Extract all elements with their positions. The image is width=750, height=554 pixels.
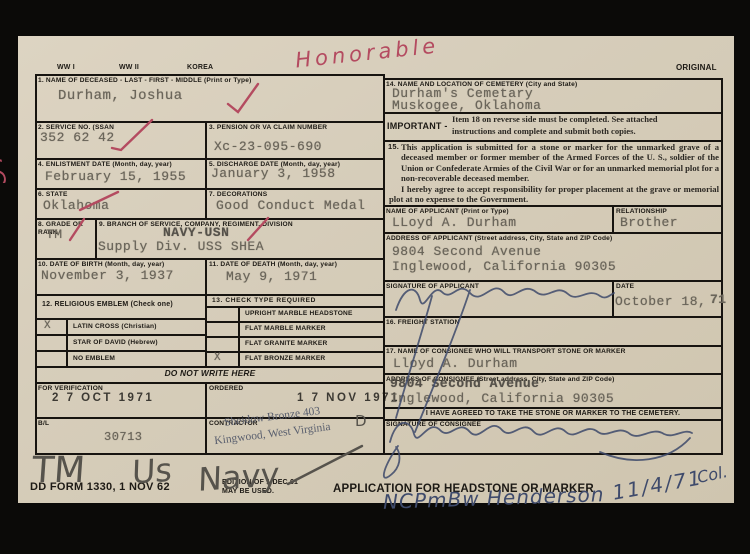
- applicant-address-label: ADDRESS OF APPLICANT (Street address, Ci…: [386, 235, 612, 243]
- important-label: IMPORTANT -: [387, 121, 448, 131]
- field13-option3-label: FLAT GRANITE MARKER: [245, 340, 327, 348]
- field2-value: 352 62 42: [40, 130, 115, 145]
- field14-value-line2: Muskogee, Oklahoma: [392, 98, 541, 113]
- field13-label: 13. CHECK TYPE REQUIRED: [212, 297, 380, 305]
- field15-number: 15.: [388, 143, 399, 152]
- applicant-signature-label: SIGNATURE OF APPLICANT: [386, 283, 479, 291]
- pencil-branch-navy-annotation: Navy: [197, 455, 280, 499]
- consignee-signature-label: SIGNATURE OF CONSIGNEE: [386, 421, 481, 429]
- consignee-address-line1: 9804 Second Avenue: [390, 376, 539, 391]
- field11-label: 11. DATE OF DEATH (Month, day, year): [209, 261, 337, 269]
- verification-date-stamp: 2 7 OCT 1971: [52, 392, 154, 404]
- field15-paragraph2: I hereby agree to accept responsibility …: [389, 184, 719, 205]
- field13-option4-label: FLAT BRONZE MARKER: [245, 355, 325, 363]
- field12-option2-label: STAR OF DAVID (Hebrew): [73, 339, 158, 347]
- field13-option1-label: UPRIGHT MARBLE HEADSTONE: [245, 310, 353, 318]
- field17-label: 17. NAME OF CONSIGNEE WHO WILL TRANSPORT…: [386, 348, 626, 356]
- field7-value: Good Conduct Medal: [216, 198, 365, 213]
- field16-label: 16. FREIGHT STATION: [386, 319, 460, 327]
- field13-option4-checkbox[interactable]: X: [214, 352, 221, 364]
- scanned-form: WW I WW II KOREA ORIGINAL 1. NAME OF DEC…: [0, 0, 750, 554]
- war-ww1-label: WW I: [57, 64, 75, 72]
- field4-value: February 15, 1955: [45, 169, 186, 184]
- field4-label: 4. ENLISTMENT DATE (Month, day, year): [38, 161, 172, 169]
- field13-option2-label: FLAT MARBLE MARKER: [245, 325, 326, 333]
- field12-option1-checkbox[interactable]: X: [44, 320, 51, 332]
- bl-label: B/L: [38, 420, 49, 428]
- field3-value: Xc-23-095-690: [214, 139, 322, 154]
- war-ww2-label: WW II: [119, 64, 139, 72]
- ordered-label: ORDERED: [209, 385, 243, 393]
- war-korea-label: KOREA: [187, 64, 213, 72]
- field12-option3-label: NO EMBLEM: [73, 355, 115, 363]
- pencil-d-annotation: D: [355, 412, 367, 430]
- field10-value: November 3, 1937: [41, 268, 174, 283]
- important-text-line1: Item 18 on reverse side must be complete…: [452, 114, 720, 124]
- field17-value: Lloyd A. Durham: [393, 356, 518, 371]
- field9-value2: Supply Div. USS SHEA: [98, 239, 264, 254]
- important-text-line2: instructions and complete and submit bot…: [452, 126, 720, 136]
- relationship-value: Brother: [620, 215, 678, 230]
- field12-option1-label: LATIN CROSS (Christian): [73, 323, 157, 331]
- field3-label: 3. PENSION OR VA CLAIM NUMBER: [209, 124, 327, 132]
- pencil-branch-us-annotation: Us: [131, 451, 172, 492]
- date-value: October 18,: [615, 294, 706, 309]
- date-overflow-value: 71: [710, 292, 727, 307]
- field11-value: May 9, 1971: [226, 269, 317, 284]
- field8-value: TM: [46, 227, 63, 242]
- consignee-address-line2: Inglewood, California 90305: [390, 391, 614, 406]
- date-label: DATE: [616, 283, 634, 291]
- field5-value: January 3, 1958: [211, 166, 336, 181]
- applicant-name-value: LLoyd A. Durham: [392, 215, 517, 230]
- agreement-strip: I HAVE AGREED TO TAKE THE STONE OR MARKE…: [383, 410, 723, 418]
- original-copy-label: ORIGINAL: [676, 63, 717, 72]
- field9-value: NAVY-USN: [163, 225, 229, 240]
- do-not-write-strip: DO NOT WRITE HERE: [35, 369, 385, 379]
- field1-label: 1. NAME OF DECEASED - LAST - FIRST - MID…: [38, 77, 252, 85]
- field6-value: Oklahoma: [43, 198, 109, 213]
- margin-vertical-annotation: 2WC: [0, 118, 11, 193]
- applicant-address-line2: Inglewood, California 90305: [392, 259, 616, 274]
- field1-value: Durham, Joshua: [58, 88, 183, 104]
- field12-label: 12. RELIGIOUS EMBLEM (Check one): [42, 301, 173, 309]
- field15-paragraph1: This application is submitted for a ston…: [401, 142, 719, 184]
- bl-value: 30713: [104, 430, 143, 444]
- applicant-address-line1: 9804 Second Avenue: [392, 244, 541, 259]
- pencil-grade-annotation: TM: [31, 450, 87, 491]
